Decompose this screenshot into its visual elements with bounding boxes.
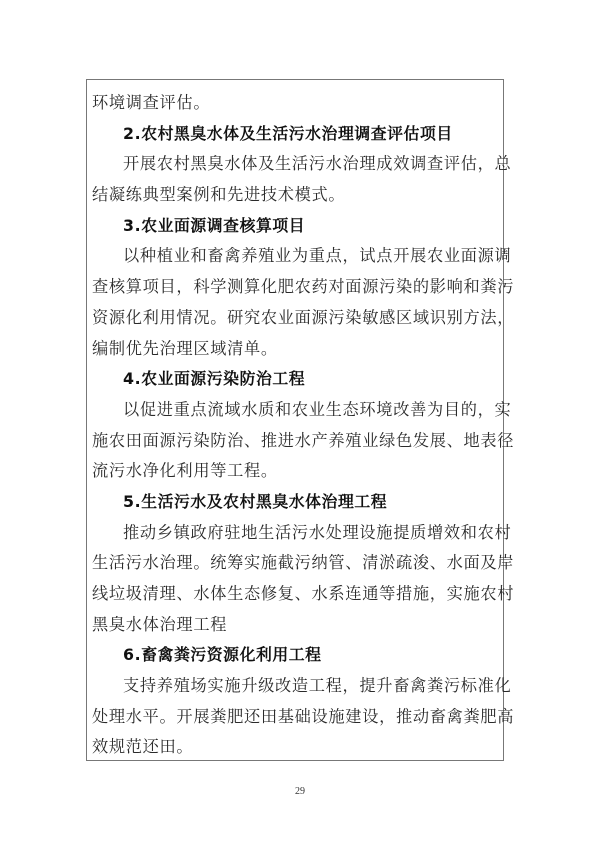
section-heading-6: 6.畜禽粪污资源化利用工程: [92, 640, 502, 671]
content-table-cell: 环境调查评估。 2.农村黑臭水体及生活污水治理调查评估项目 开展农村黑臭水体及生…: [86, 79, 504, 761]
paragraph-line: 线垃圾清理、水体生态修复、水系连通等措施，实施农村: [92, 579, 502, 610]
paragraph-line: 资源化利用情况。研究农业面源污染敏感区域识别方法，: [92, 303, 502, 334]
paragraph-line: 以种植业和畜禽养殖业为重点，试点开展农业面源调: [92, 241, 502, 272]
paragraph-line: 生活污水治理。统筹实施截污纳管、清淤疏浚、水面及岸: [92, 548, 502, 579]
paragraph-line: 查核算项目，科学测算化肥农药对面源污染的影响和粪污: [92, 272, 502, 303]
paragraph-line: 推动乡镇政府驻地生活污水处理设施提质增效和农村: [92, 518, 502, 549]
section-heading-3: 3.农业面源调查核算项目: [92, 211, 502, 242]
paragraph-line: 支持养殖场实施升级改造工程，提升畜禽粪污标准化: [92, 671, 502, 702]
paragraph-line: 编制优先治理区域清单。: [92, 334, 502, 365]
section-heading-2: 2.农村黑臭水体及生活污水治理调查评估项目: [92, 119, 502, 150]
section-heading-4: 4.农业面源污染防治工程: [92, 364, 502, 395]
section-heading-5: 5.生活污水及农村黑臭水体治理工程: [92, 487, 502, 518]
paragraph-line: 效规范还田。: [92, 732, 502, 763]
paragraph-line: 流污水净化利用等工程。: [92, 456, 502, 487]
paragraph-line: 黑臭水体治理工程: [92, 610, 502, 641]
paragraph-line: 开展农村黑臭水体及生活污水治理成效调查评估，总: [92, 149, 502, 180]
page-number: 29: [0, 786, 600, 797]
paragraph-line: 环境调查评估。: [92, 88, 502, 119]
paragraph-line: 施农田面源污染防治、推进水产养殖业绿色发展、地表径: [92, 426, 502, 457]
document-body: 环境调查评估。 2.农村黑臭水体及生活污水治理调查评估项目 开展农村黑臭水体及生…: [92, 88, 502, 763]
paragraph-line: 结凝练典型案例和先进技术模式。: [92, 180, 502, 211]
paragraph-line: 以促进重点流域水质和农业生态环境改善为目的，实: [92, 395, 502, 426]
paragraph-line: 处理水平。开展粪肥还田基础设施建设，推动畜禽粪肥高: [92, 702, 502, 733]
